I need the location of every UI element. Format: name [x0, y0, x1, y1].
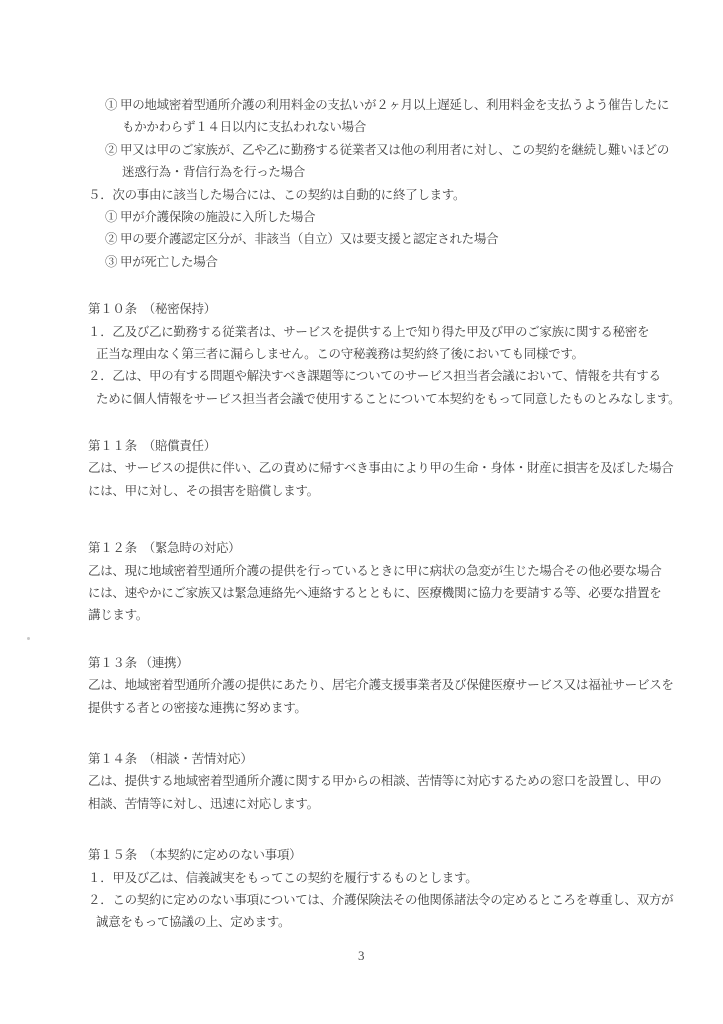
article-heading: 第１４条 （相談・苦情対応） [88, 748, 678, 770]
text-line: ② 甲の要介護認定区分が、非該当（自立）又は要支援と認定された場合 [88, 228, 678, 250]
text-line: 正当な理由なく第三者に漏らしません。この守秘義務は契約終了後においても同様です。 [88, 343, 678, 365]
article-9-continuation: ① 甲の地域密着型通所介護の利用料金の支払いが２ヶ月以上遅延し、利用料金を支払う… [88, 94, 678, 273]
text-line: もかかわらず１４日以内に支払われない場合 [88, 116, 678, 138]
article-heading: 第１３条 （連携） [88, 652, 678, 674]
text-line: ために個人情報をサービス担当者会議で使用することについて本契約をもって同意したも… [88, 388, 678, 410]
text-line: １．乙及び乙に勤務する従業者は、サービスを提供する上で知り得た甲及び甲のご家族に… [88, 321, 678, 343]
article-15-matters-not-stipulated: 第１５条 （本契約に定めのない事項）１．甲及び乙は、信義誠実をもってこの契約を履… [88, 844, 678, 934]
article-12-emergency-response: 第１２条 （緊急時の対応）乙は、現に地域密着型通所介護の提供を行っているときに甲… [88, 537, 678, 627]
text-line: １．甲及び乙は、信義誠実をもってこの契約を履行するものとします。 [88, 867, 678, 889]
text-line: ② 甲又は甲のご家族が、乙や乙に勤務する従業者又は他の利用者に対し、この契約を継… [88, 139, 678, 161]
text-line: ２．この契約に定めのない事項については、介護保険法その他関係諸法令の定めるところ… [88, 889, 678, 911]
text-line: 講じます。 [88, 604, 678, 626]
text-line: ③ 甲が死亡した場合 [88, 251, 678, 273]
document-page: ① 甲の地域密着型通所介護の利用料金の支払いが２ヶ月以上遅延し、利用料金を支払う… [0, 0, 723, 1024]
text-line: 乙は、地域密着型通所介護の提供にあたり、居宅介護支援事業者及び保健医療サービス又… [88, 674, 678, 696]
page-number: 3 [0, 948, 723, 964]
text-line: ２．乙は、甲の有する問題や解決すべき課題等についてのサービス担当者会議において、… [88, 365, 678, 387]
article-heading: 第１２条 （緊急時の対応） [88, 537, 678, 559]
text-line: ① 甲が介護保険の施設に入所した場合 [88, 206, 678, 228]
article-heading: 第１１条 （賠償責任） [88, 435, 678, 457]
text-line: 相談、苦情等に対し、迅速に対応します。 [88, 793, 678, 815]
text-line: 乙は、提供する地域密着型通所介護に関する甲からの相談、苦情等に対応するための窓口… [88, 770, 678, 792]
text-line: 誠意をもって協議の上、定めます。 [88, 911, 678, 933]
text-line: には、甲に対し、その損害を賠償します。 [88, 480, 678, 502]
text-line: 迷惑行為・背信行為を行った場合 [88, 161, 678, 183]
text-line: ５．次の事由に該当した場合には、この契約は自動的に終了します。 [88, 184, 678, 206]
text-line: 乙は、現に地域密着型通所介護の提供を行っているときに甲に病状の急変が生じた場合そ… [88, 560, 678, 582]
article-14-consultation-complaints: 第１４条 （相談・苦情対応）乙は、提供する地域密着型通所介護に関する甲からの相談… [88, 748, 678, 815]
scan-artifact-dot [27, 637, 30, 640]
text-line: 提供する者との密接な連携に努めます。 [88, 697, 678, 719]
contract-text-body: ① 甲の地域密着型通所介護の利用料金の支払いが２ヶ月以上遅延し、利用料金を支払う… [88, 94, 678, 934]
text-line: 乙は、サービスの提供に伴い、乙の責めに帰すべき事由により甲の生命・身体・財産に損… [88, 457, 678, 479]
article-heading: 第１０条 （秘密保持） [88, 298, 678, 320]
article-13-cooperation: 第１３条 （連携）乙は、地域密着型通所介護の提供にあたり、居宅介護支援事業者及び… [88, 652, 678, 719]
text-line: には、速やかにご家族又は緊急連絡先へ連絡するとともに、医療機関に協力を要請する等… [88, 582, 678, 604]
article-10-confidentiality: 第１０条 （秘密保持）１．乙及び乙に勤務する従業者は、サービスを提供する上で知り… [88, 298, 678, 410]
text-line: ① 甲の地域密着型通所介護の利用料金の支払いが２ヶ月以上遅延し、利用料金を支払う… [88, 94, 678, 116]
article-11-liability: 第１１条 （賠償責任）乙は、サービスの提供に伴い、乙の責めに帰すべき事由により甲… [88, 435, 678, 502]
article-heading: 第１５条 （本契約に定めのない事項） [88, 844, 678, 866]
